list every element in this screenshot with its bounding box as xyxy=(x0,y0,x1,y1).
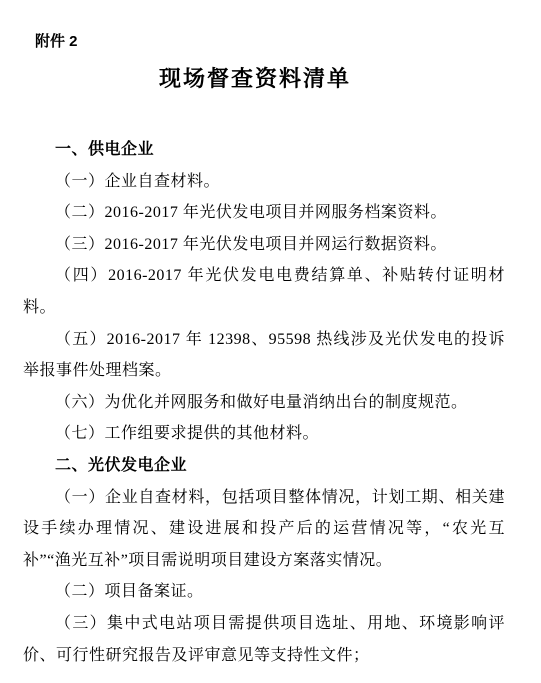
section-heading: 一、供电企业 xyxy=(23,134,505,166)
list-item: （三）集中式电站项目需提供项目选址、用地、环境影响评价、可行性研究报告及评审意见… xyxy=(23,608,505,671)
page-title: 现场督查资料清单 xyxy=(23,64,487,94)
list-item: （六）为优化并网服务和做好电量消纳出台的制度规范。 xyxy=(23,387,505,419)
section-heading: 二、光伏发电企业 xyxy=(23,450,505,482)
list-item: （一）企业自查材料。 xyxy=(23,166,505,198)
list-item: （五）2016-2017 年 12398、95598 热线涉及光伏发电的投诉举报… xyxy=(23,324,505,387)
list-item: （二）项目备案证。 xyxy=(23,576,505,608)
list-item: （七）工作组要求提供的其他材料。 xyxy=(23,418,505,450)
list-item: （三）2016-2017 年光伏发电项目并网运行数据资料。 xyxy=(23,229,505,261)
document-page: 附件 2 现场督查资料清单 一、供电企业（一）企业自查材料。（二）2016-20… xyxy=(0,0,541,683)
attachment-label: 附件 2 xyxy=(35,32,505,52)
list-item: （四）2016-2017 年光伏发电电费结算单、补贴转付证明材料。 xyxy=(23,260,505,323)
document-body: 一、供电企业（一）企业自查材料。（二）2016-2017 年光伏发电项目并网服务… xyxy=(23,134,505,671)
list-item: （二）2016-2017 年光伏发电项目并网服务档案资料。 xyxy=(23,197,505,229)
list-item: （一）企业自查材料，包括项目整体情况，计划工期、相关建设手续办理情况、建设进展和… xyxy=(23,482,505,577)
